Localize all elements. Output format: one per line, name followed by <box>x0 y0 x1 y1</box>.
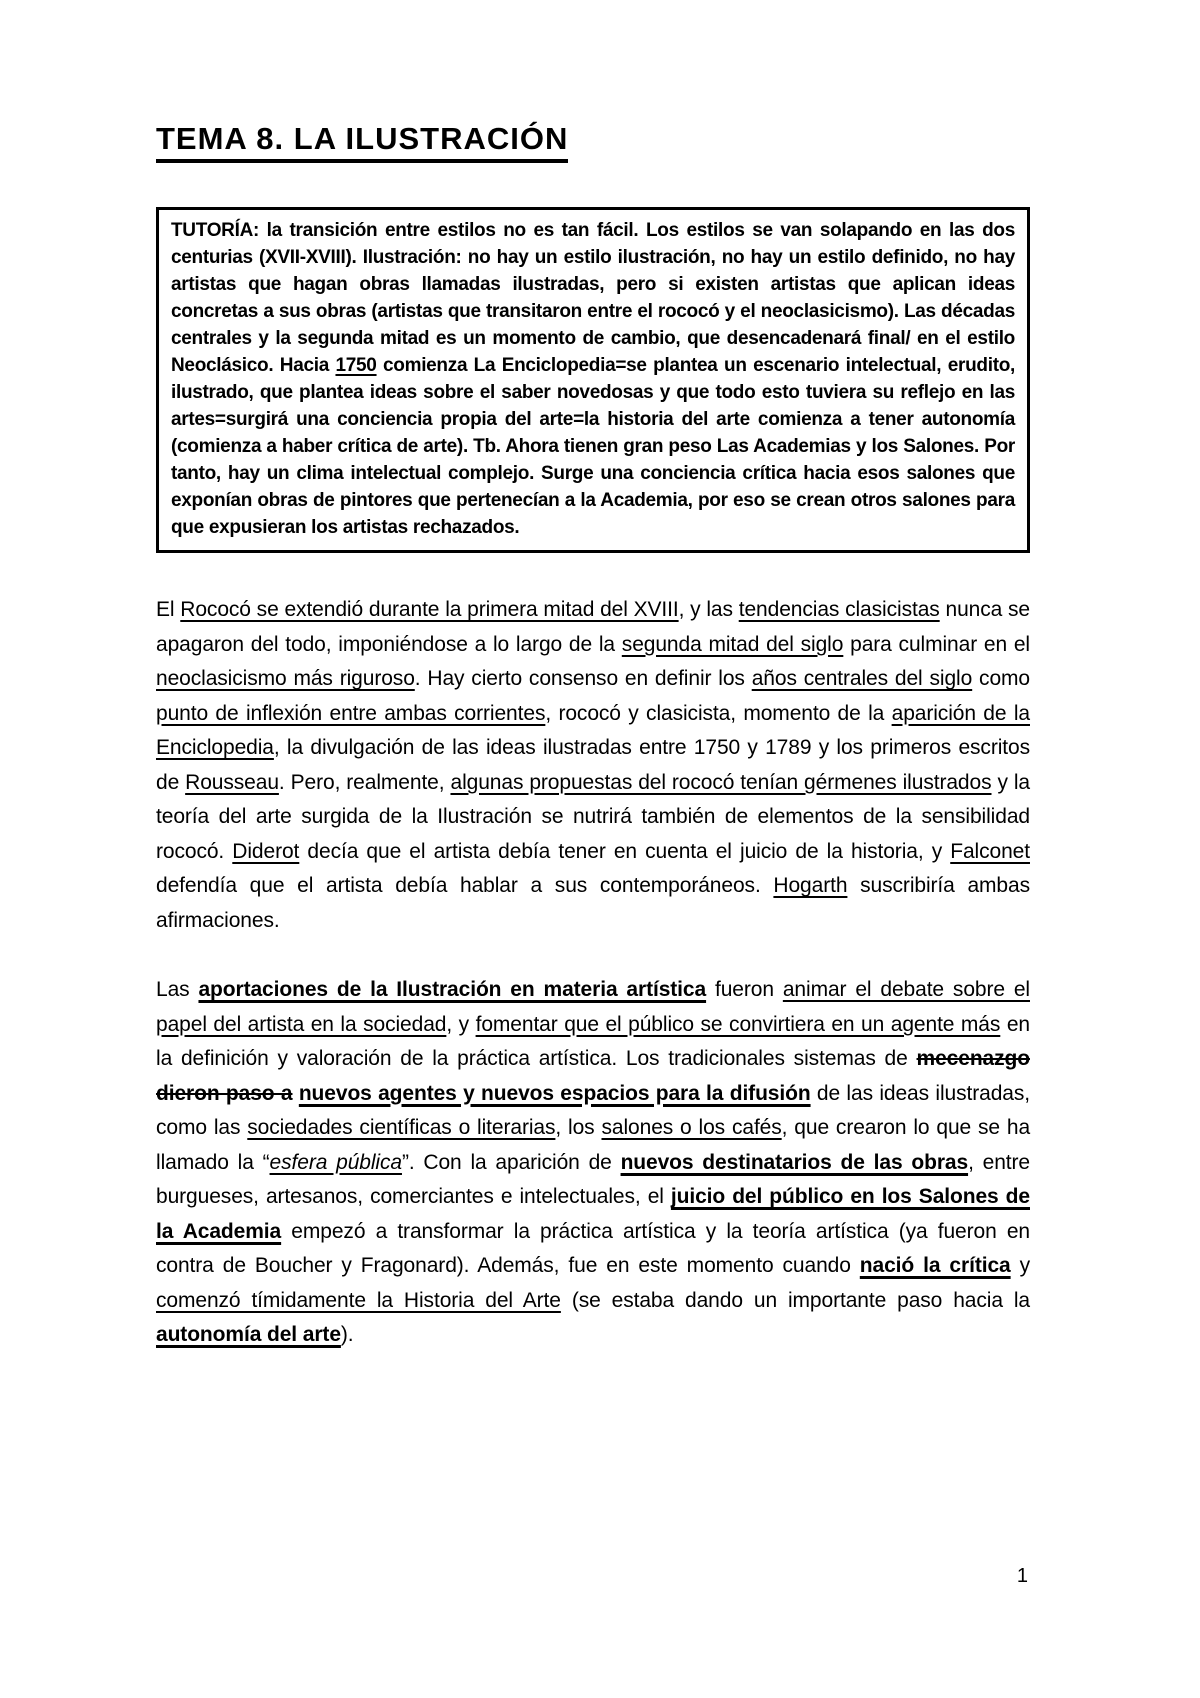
text-run: años centrales del siglo <box>752 667 972 690</box>
text-run: defendía que el artista debía hablar a s… <box>156 874 773 897</box>
text-run: , y las <box>679 598 739 621</box>
text-run: 1750 <box>335 355 376 376</box>
text-run: , los <box>555 1116 601 1139</box>
document-content: TEMA 8. LA ILUSTRACIÓN TUTORÍA: la trans… <box>156 122 1030 1388</box>
text-run: . Pero, realmente, <box>279 771 451 794</box>
text-run: Rousseau <box>185 771 279 794</box>
text-run: Las <box>156 978 198 1001</box>
tutoria-note-box: TUTORÍA: la transición entre estilos no … <box>156 207 1030 553</box>
text-run: nuevos destinatarios de las obras <box>621 1151 969 1174</box>
title-row: TEMA 8. LA ILUSTRACIÓN <box>156 122 1030 207</box>
text-run: para culminar en el <box>843 633 1030 656</box>
text-run: tendencias clasicistas <box>739 598 940 621</box>
text-run: Hogarth <box>773 874 847 897</box>
text-run: neoclasicismo más riguroso <box>156 667 415 690</box>
text-run: ). <box>341 1323 354 1346</box>
text-run: algunas propuestas del rococó tenían gér… <box>450 771 991 794</box>
text-run: fueron <box>706 978 783 1001</box>
text-run: comienza La Enciclopedia=se plantea un e… <box>171 355 1015 538</box>
text-run: esfera pública <box>270 1151 402 1174</box>
paragraph-aportaciones-ilustracion: Las aportaciones de la Ilustración en ma… <box>156 973 1030 1353</box>
text-run: punto de inflexión entre ambas corriente… <box>156 702 545 725</box>
text-run: TUTORÍA: la transición entre estilos no … <box>171 220 1015 376</box>
text-run: Falconet <box>950 840 1030 863</box>
text-run: segunda mitad del siglo <box>622 633 844 656</box>
text-run: aportaciones de la Ilustración en materi… <box>198 978 706 1001</box>
text-run: y <box>1011 1254 1030 1277</box>
text-run: fomentar que el público se convirtiera e… <box>476 1013 1001 1036</box>
text-run: Diderot <box>232 840 299 863</box>
text-run: nuevos agentes y nuevos espacios para la… <box>299 1082 811 1105</box>
text-run: Rococó se extendió durante la primera mi… <box>180 598 678 621</box>
text-run: ”. Con la aparición de <box>402 1151 621 1174</box>
text-run: (se estaba dando un importante paso haci… <box>561 1289 1030 1312</box>
text-run: salones o los cafés <box>601 1116 781 1139</box>
text-run: . Hay cierto consenso en definir los <box>415 667 752 690</box>
text-run: , y <box>446 1013 475 1036</box>
text-run: decía que el artista debía tener en cuen… <box>299 840 950 863</box>
text-run: autonomía del arte <box>156 1323 341 1346</box>
text-run: El <box>156 598 180 621</box>
text-run: nació la crítica <box>860 1254 1011 1277</box>
page-title: TEMA 8. LA ILUSTRACIÓN <box>156 122 568 163</box>
text-run: sociedades científicas o literarias <box>247 1116 555 1139</box>
text-run: , rococó y clasicista, momento de la <box>545 702 891 725</box>
text-run: como <box>972 667 1030 690</box>
page-number: 1 <box>1017 1565 1028 1588</box>
text-run: comenzó tímidamente la Historia del Arte <box>156 1289 561 1312</box>
paragraph-rococo-transition: El Rococó se extendió durante la primera… <box>156 593 1030 938</box>
document-page: TEMA 8. LA ILUSTRACIÓN TUTORÍA: la trans… <box>0 0 1200 1698</box>
